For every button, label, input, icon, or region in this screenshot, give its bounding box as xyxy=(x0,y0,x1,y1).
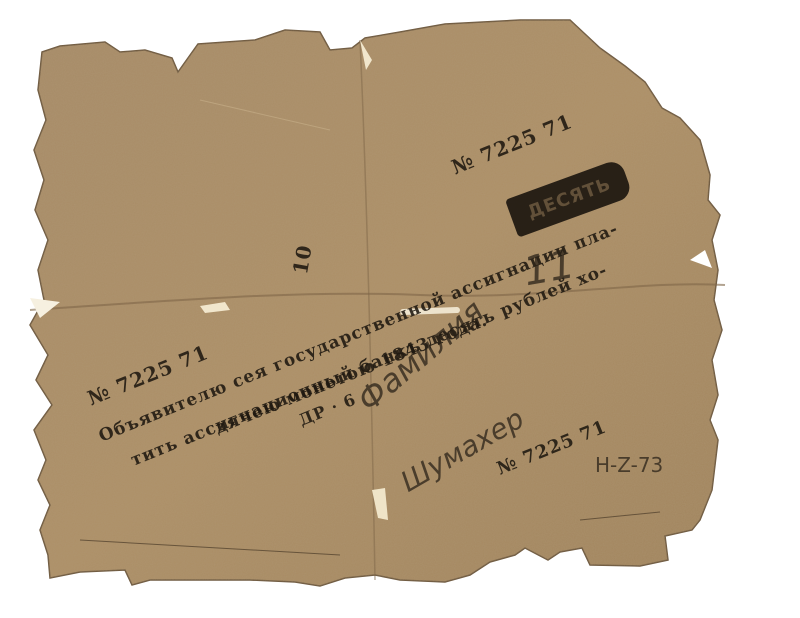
inventory-note: Н-Z-73 xyxy=(595,453,663,477)
banknote-paper: № 7225 71 10 № 7225 71 Объявителю сея го… xyxy=(0,0,800,618)
denomination-numeral: 10 xyxy=(288,243,317,277)
handwritten-marks: 11 xyxy=(520,241,578,295)
